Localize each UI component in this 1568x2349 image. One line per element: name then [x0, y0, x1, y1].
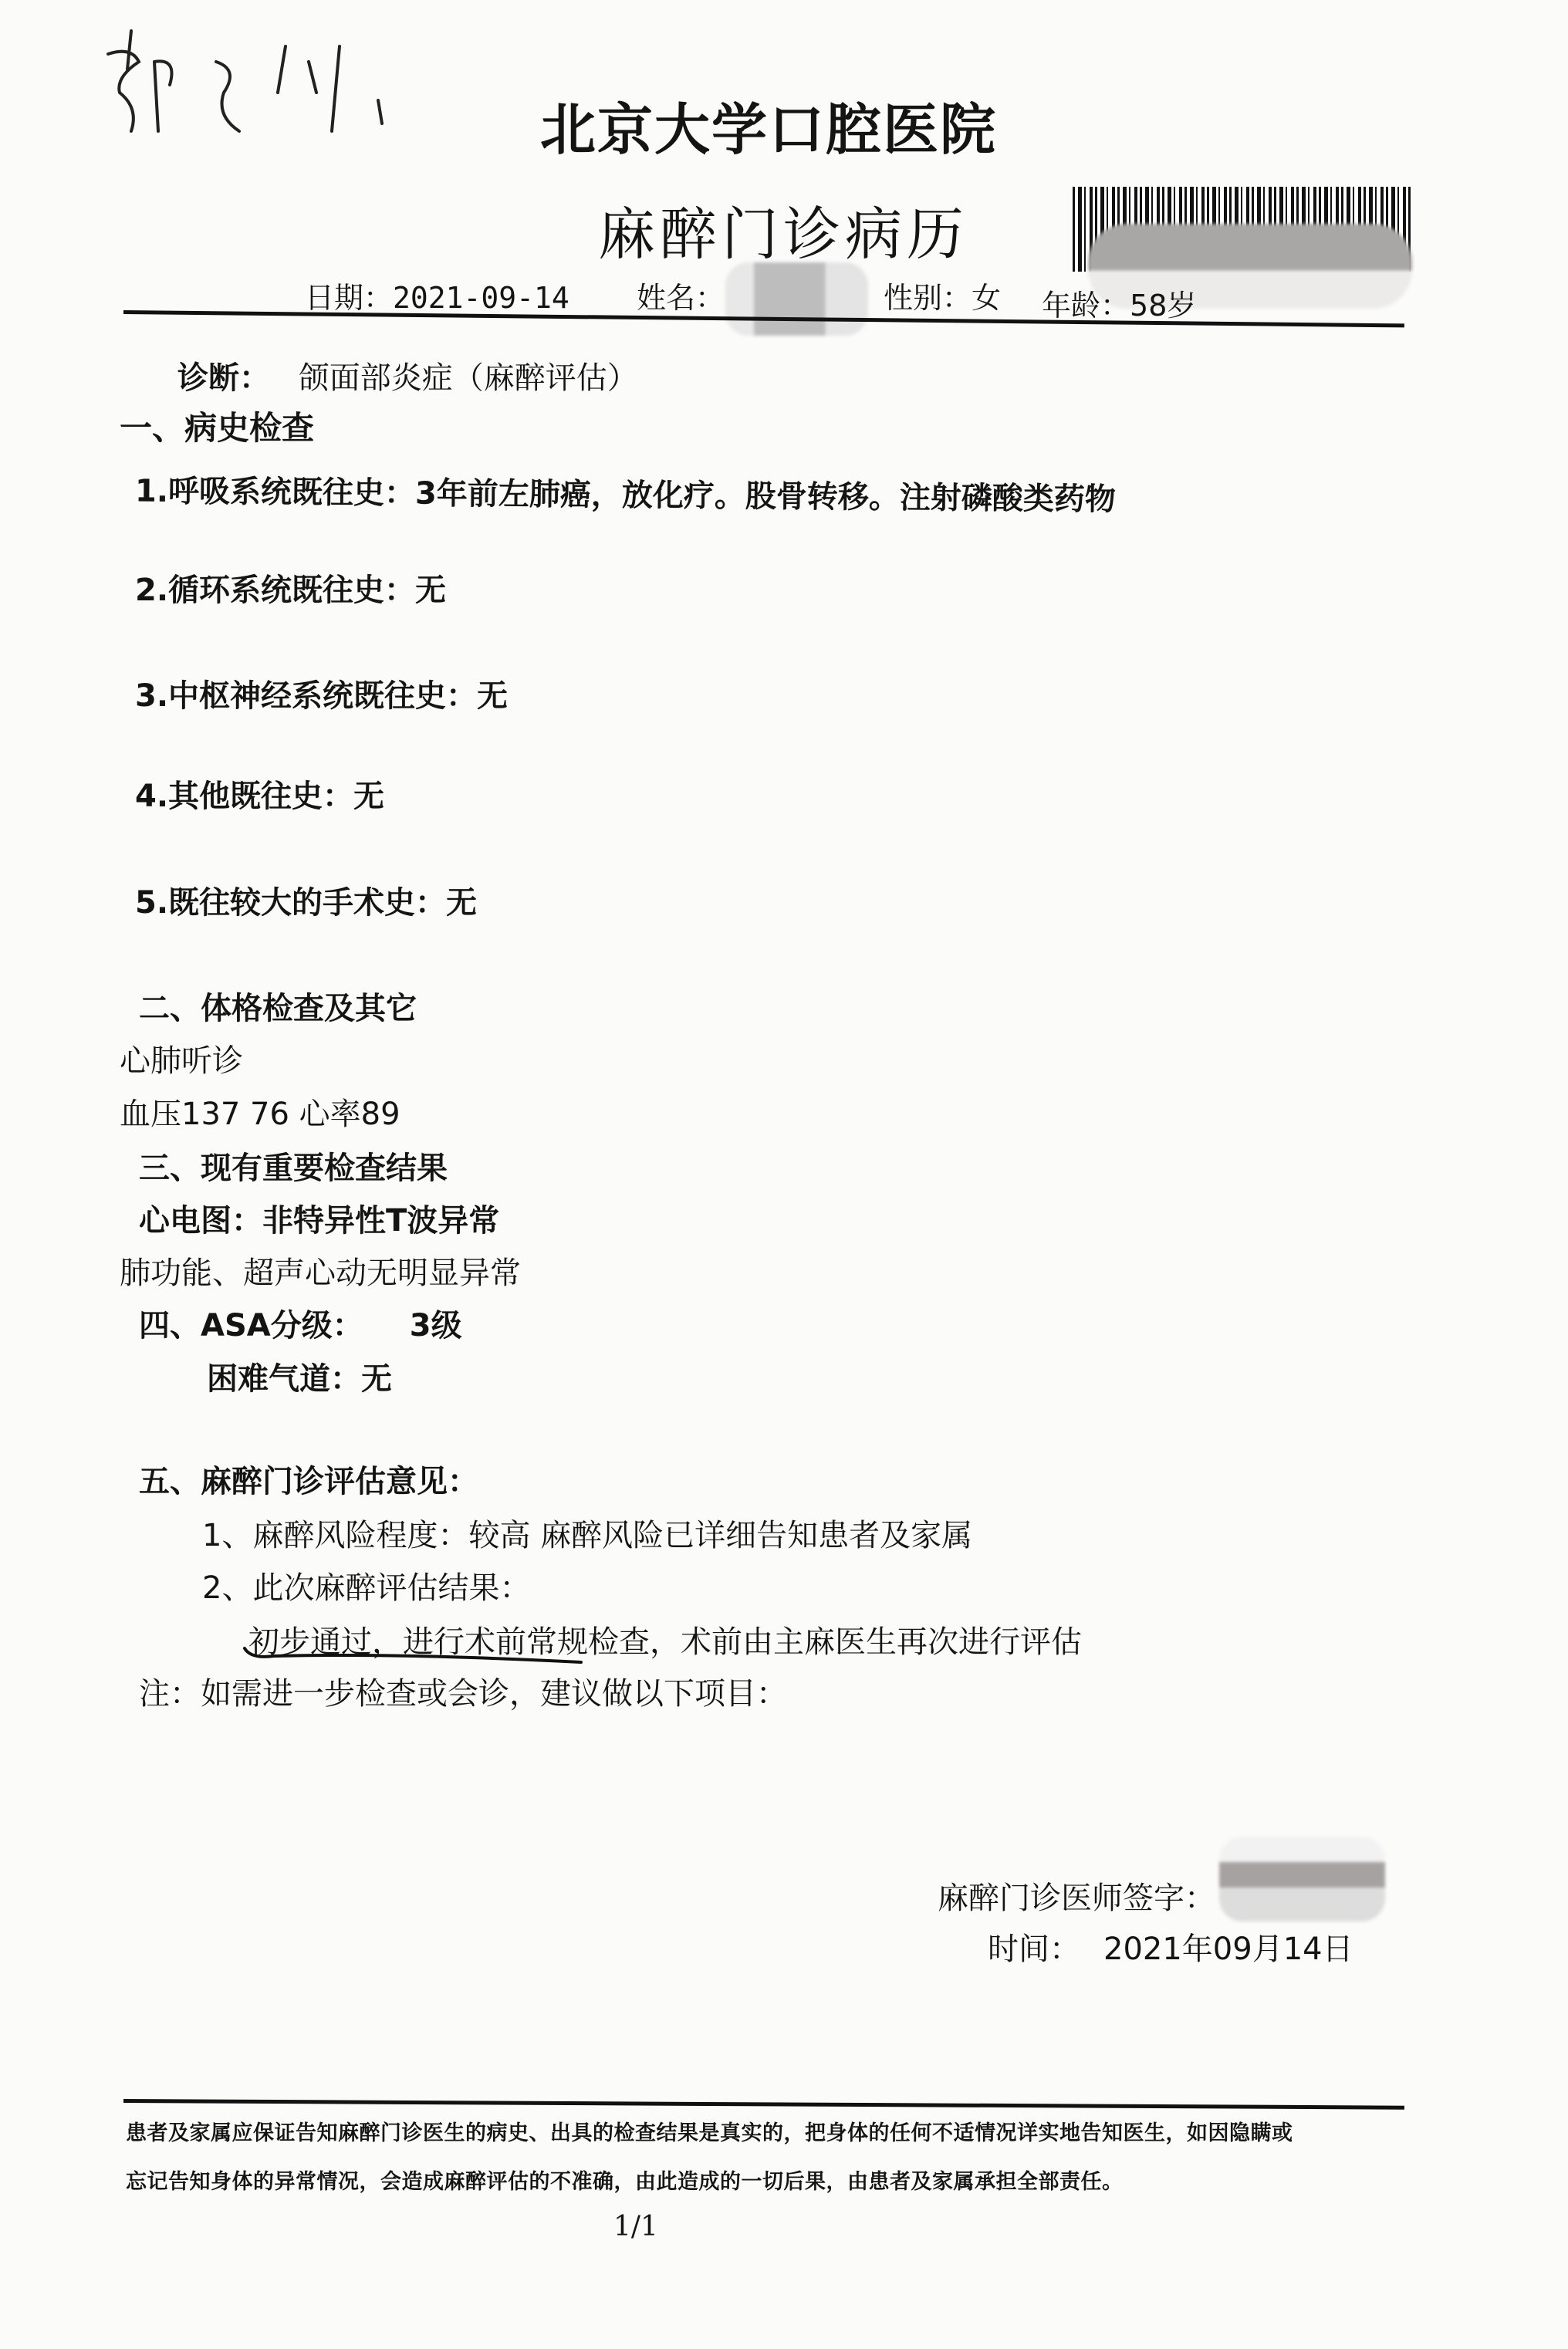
disclaimer-line-2: 忘记告知身体的异常情况，会造成麻醉评估的不准确，由此造成的一切后果，由患者及家属… [126, 2165, 1124, 2195]
age-label: 年龄： [1042, 289, 1130, 323]
physical-line-auscultation: 心肺听诊 [120, 1036, 243, 1080]
history-item-value: 无 [353, 779, 384, 814]
age-value: 58岁 [1130, 289, 1196, 323]
gender-label: 性别： [884, 281, 972, 315]
name-label: 姓名： [637, 281, 725, 315]
age-field: 年龄：58岁 [1042, 282, 1196, 324]
diagnosis-label: 诊断： [177, 360, 270, 396]
gender-value: 女 [972, 281, 1001, 315]
disclaimer-line-1: 患者及家属应保证告知麻醉门诊医生的病史、出具的检查结果是真实的，把身体的任何不适… [126, 2116, 1293, 2146]
history-item-label: 1.呼吸系统既往史： [135, 473, 415, 511]
redaction-blur-name [725, 262, 868, 336]
date-label: 日期： [305, 281, 393, 315]
date-value: 2021-09-14 [393, 281, 569, 315]
section-results-heading: 三、现有重要检查结果 [139, 1144, 448, 1188]
history-item-value: 无 [477, 678, 508, 714]
history-item-surgery: 5.既往较大的手术史：无 [135, 878, 477, 922]
section-asa: 四、ASA分级：3级 [139, 1301, 462, 1345]
history-item-circulatory: 2.循环系统既往史：无 [135, 566, 446, 610]
history-item-cns: 3.中枢神经系统既往史：无 [135, 671, 508, 715]
history-item-label: 5.既往较大的手术史： [135, 885, 446, 921]
history-item-value: 3年前左肺癌，放化疗。股骨转移。注射磷酸类药物 [415, 476, 1116, 518]
date-field: 日期：2021-09-14 [305, 274, 569, 316]
history-item-value: 无 [446, 885, 477, 921]
history-item-value: 无 [415, 573, 446, 608]
time-value: 2021年09月14日 [1103, 1932, 1353, 1967]
further-exam-note: 注：如需进一步检查或会诊，建议做以下项目： [139, 1669, 787, 1713]
time-label: 时间： [988, 1932, 1080, 1967]
signature-label: 麻醉门诊医师签字： [938, 1874, 1215, 1918]
difficult-airway: 困难气道：无 [207, 1354, 392, 1398]
opinion-risk: 1、麻醉风险程度：较高 麻醉风险已详细告知患者及家属 [202, 1511, 972, 1555]
history-item-respiratory: 1.呼吸系统既往史：3年前左肺癌，放化疗。股骨转移。注射磷酸类药物 [135, 466, 1116, 519]
section-physical-heading: 二、体格检查及其它 [139, 984, 417, 1028]
footer-divider [123, 2099, 1404, 2110]
hospital-name: 北京大学口腔医院 [540, 85, 997, 165]
gender-field: 性别：女 [884, 274, 1001, 316]
opinion-result-label: 2、此次麻醉评估结果： [202, 1563, 530, 1607]
history-item-label: 3.中枢神经系统既往史： [135, 678, 477, 714]
results-other: 肺功能、超声心动无明显异常 [120, 1249, 521, 1293]
section-opinion-heading: 五、麻醉门诊评估意见： [139, 1457, 478, 1501]
signature-time: 时间：2021年09月14日 [988, 1925, 1353, 1969]
asa-heading: 四、ASA分级： [139, 1308, 363, 1343]
diagnosis-value: 颌面部炎症（麻醉评估） [299, 360, 638, 396]
handwritten-underline [243, 1645, 583, 1664]
history-item-label: 4.其他既往史： [135, 779, 353, 814]
handwritten-name-note [85, 15, 448, 147]
diagnosis: 诊断： 颌面部炎症（麻醉评估） [177, 353, 638, 397]
physical-line-vitals: 血压137 76 心率89 [120, 1090, 400, 1134]
history-item-other: 4.其他既往史：无 [135, 772, 384, 816]
name-field: 姓名： [637, 274, 725, 316]
document-title: 麻醉门诊病历 [598, 189, 968, 271]
asa-value: 3级 [410, 1308, 462, 1343]
results-ecg: 心电图：非特异性T波异常 [139, 1196, 499, 1240]
page-number: 1/1 [613, 2211, 658, 2243]
redaction-blur-signature [1219, 1837, 1385, 1921]
history-item-label: 2.循环系统既往史： [135, 573, 415, 608]
section-history-heading: 一、病史检查 [120, 403, 314, 449]
